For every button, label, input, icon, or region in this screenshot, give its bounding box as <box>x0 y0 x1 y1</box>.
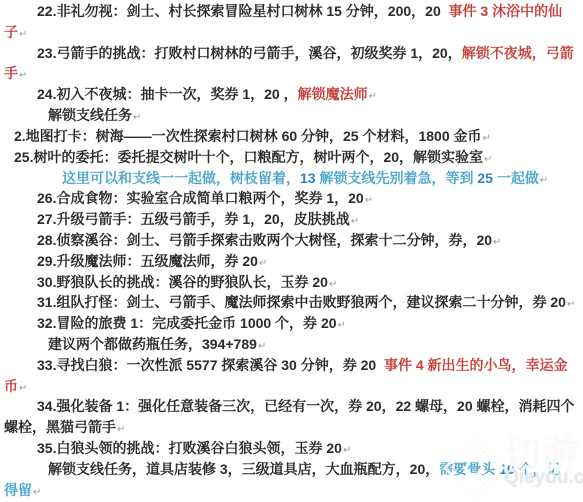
paragraph-mark-icon: ↵ <box>368 91 377 102</box>
text-line: 32.冒险的旅费 1：完成委托金币 1000 个，券 20↵ <box>0 313 583 334</box>
text-line: 手↵ <box>0 63 583 84</box>
text-segment: 10 <box>499 461 515 477</box>
text-segment: 事件 4 新出生的小鸟，幸运金 <box>384 357 568 373</box>
text-segment: 25 <box>477 170 496 186</box>
text-segment: 30.野狼队长的挑战：溪谷的野狼队长，玉券 20 <box>37 274 328 290</box>
text-line: 24.初入不夜城：抽卡一次，奖券 1，20 ，解锁魔法师↵ <box>0 84 583 105</box>
text-segment: 25.树叶的委托：委托提交树叶十个，口粮配方，树叶两个，20，解锁实验室 <box>14 149 483 165</box>
paragraph-mark-icon: ↵ <box>342 445 351 456</box>
paragraph-mark-icon: ↵ <box>18 29 27 40</box>
text-segment: 24.初入不夜城：抽卡一次，奖券 1，20 ， <box>37 86 298 102</box>
text-line: 建议两个都做药瓶任务，394+789↵ <box>0 334 583 355</box>
paragraph-mark-icon: ↵ <box>483 154 492 165</box>
paragraph-mark-icon: ↵ <box>539 175 548 186</box>
text-line: 解锁支线任务↵ <box>0 105 583 126</box>
paragraph-mark-icon: ↵ <box>18 383 27 394</box>
text-line: 子↵ <box>0 22 583 43</box>
text-line: 解锁支线任务，道具店装修 3，三级道具店，大血瓶配方，20，需要骨头 10 个，… <box>0 459 583 480</box>
paragraph-mark-icon: ↵ <box>350 216 359 227</box>
text-line: 2.地图打卡：树海——一次性探索村口树林 60 分钟，25 个材料，1800 金… <box>0 126 583 147</box>
text-segment: 解锁支线先别着急，等到 <box>319 170 477 186</box>
text-segment: 31.组队打怪：剑士、弓箭手、魔法师探索中击败野狼两个，建议探索二十分钟，券 2… <box>37 294 566 310</box>
text-segment: 需要骨头 <box>439 461 499 477</box>
document-lines: 22.非礼勿视：剑士、村长探索冒险星村口树林 15 分钟，200，20 事件 3… <box>0 1 583 501</box>
text-line: 22.非礼勿视：剑士、村长探索冒险星村口树林 15 分钟，200，20 事件 3… <box>0 1 583 22</box>
text-segment: 得留 <box>4 482 32 498</box>
text-segment: 事件 3 沐浴中的仙 <box>449 3 563 19</box>
text-segment: 螺栓，黑猫弓箭手 <box>4 419 116 435</box>
paragraph-mark-icon: ↵ <box>337 320 346 331</box>
text-line: 31.组队打怪：剑士、弓箭手、魔法师探索中击败野狼两个，建议探索二十分钟，券 2… <box>0 292 583 313</box>
text-segment: 建议两个都做药瓶任务，394+789 <box>48 336 257 352</box>
paragraph-mark-icon: ↵ <box>482 133 491 144</box>
text-segment: 23.弓箭手的挑战：打败村口树林的弓箭手，溪谷，初级奖券 1，20， <box>37 45 462 61</box>
paragraph-mark-icon: ↵ <box>566 299 575 310</box>
paragraph-mark-icon: ↵ <box>258 258 267 269</box>
text-segment: 35.白狼头领的挑战：打败溪谷白狼头领，玉券 20 <box>37 440 342 456</box>
text-line: 螺栓，黑猫弓箭手↵ <box>0 417 583 438</box>
paragraph-mark-icon: ↵ <box>492 237 501 248</box>
text-line: 34.强化装备 1：强化任意装备三次，已经有一次，券 20，22 螺母，20 螺… <box>0 396 583 417</box>
text-segment: 34.强化装备 1：强化任意装备三次，已经有一次，券 20，22 螺母，20 螺… <box>37 398 575 414</box>
text-line: 23.弓箭手的挑战：打败村口树林的弓箭手，溪谷，初级奖券 1，20，解锁不夜城，… <box>0 43 583 64</box>
text-line: 币↵ <box>0 376 583 397</box>
text-line: 33.寻找白狼：一次性派 5577 探索溪谷 30 分钟，券 20 事件 4 新… <box>0 355 583 376</box>
text-segment: 解锁不夜城，弓箭 <box>462 45 574 61</box>
paragraph-mark-icon: ↵ <box>116 424 125 435</box>
text-segment: 币 <box>4 378 18 394</box>
text-segment: 27.升级弓箭手：五级弓箭手，券 1，20，皮肤挑战 <box>37 211 350 227</box>
text-line: 30.野狼队长的挑战：溪谷的野狼队长，玉券 20↵ <box>0 272 583 293</box>
text-line: 28.侦察溪谷：剑士、弓箭手探索击败两个大树怪，探索十二分钟，券，20↵ <box>0 230 583 251</box>
text-segment: 解锁支线任务，道具店装修 3，三级道具店，大血瓶配方，20， <box>48 461 439 477</box>
text-line: 得留↵ <box>0 480 583 501</box>
paragraph-mark-icon: ↵ <box>364 195 373 206</box>
text-segment: 32.冒险的旅费 1：完成委托金币 1000 个，券 20 <box>37 315 337 331</box>
text-segment: 33.寻找白狼：一次性派 5577 探索溪谷 30 分钟，券 20 <box>37 357 384 373</box>
text-line: 26.合成食物：实验室合成简单口粮两个，奖券 1，20↵ <box>0 188 583 209</box>
text-segment: 22.非礼勿视：剑士、村长探索冒险星村口树林 15 分钟，200，20 <box>37 3 449 19</box>
text-segment: 一起做 <box>497 170 539 186</box>
text-segment: 28.侦察溪谷：剑士、弓箭手探索击败两个大树怪，探索十二分钟，券，20 <box>37 232 492 248</box>
paragraph-mark-icon: ↵ <box>257 341 266 352</box>
text-segment: 13 <box>300 170 319 186</box>
text-line: 25.树叶的委托：委托提交树叶十个，口粮配方，树叶两个，20，解锁实验室↵ <box>0 147 583 168</box>
text-segment: 2.地图打卡：树海——一次性探索村口树林 60 分钟，25 个材料，1800 金… <box>14 128 482 144</box>
text-segment: 手 <box>4 65 18 81</box>
text-segment: 这里可以和支线一一起做，树枝留着， <box>62 170 300 186</box>
text-line: 29.升级魔法师：五级魔法师，券 20↵ <box>0 251 583 272</box>
document-page: 22.非礼勿视：剑士、村长探索冒险星村口树林 15 分钟，200，20 事件 3… <box>0 0 583 502</box>
paragraph-mark-icon: ↵ <box>32 487 41 498</box>
text-line: 35.白狼头领的挑战：打败溪谷白狼头领，玉券 20↵ <box>0 438 583 459</box>
text-segment: 子 <box>4 24 18 40</box>
text-segment: 解锁魔法师 <box>298 86 368 102</box>
text-segment: 个，记 <box>515 461 561 477</box>
text-segment: 解锁支线任务 <box>48 107 132 123</box>
paragraph-mark-icon: ↵ <box>18 70 27 81</box>
text-line: 27.升级弓箭手：五级弓箭手，券 1，20，皮肤挑战↵ <box>0 209 583 230</box>
paragraph-mark-icon: ↵ <box>328 279 337 290</box>
text-segment: 26.合成食物：实验室合成简单口粮两个，奖券 1，20 <box>37 190 364 206</box>
text-line: 这里可以和支线一一起做，树枝留着，13 解锁支线先别着急，等到 25 一起做↵ <box>0 168 583 189</box>
text-segment: 29.升级魔法师：五级魔法师，券 20 <box>37 253 258 269</box>
paragraph-mark-icon: ↵ <box>132 112 141 123</box>
